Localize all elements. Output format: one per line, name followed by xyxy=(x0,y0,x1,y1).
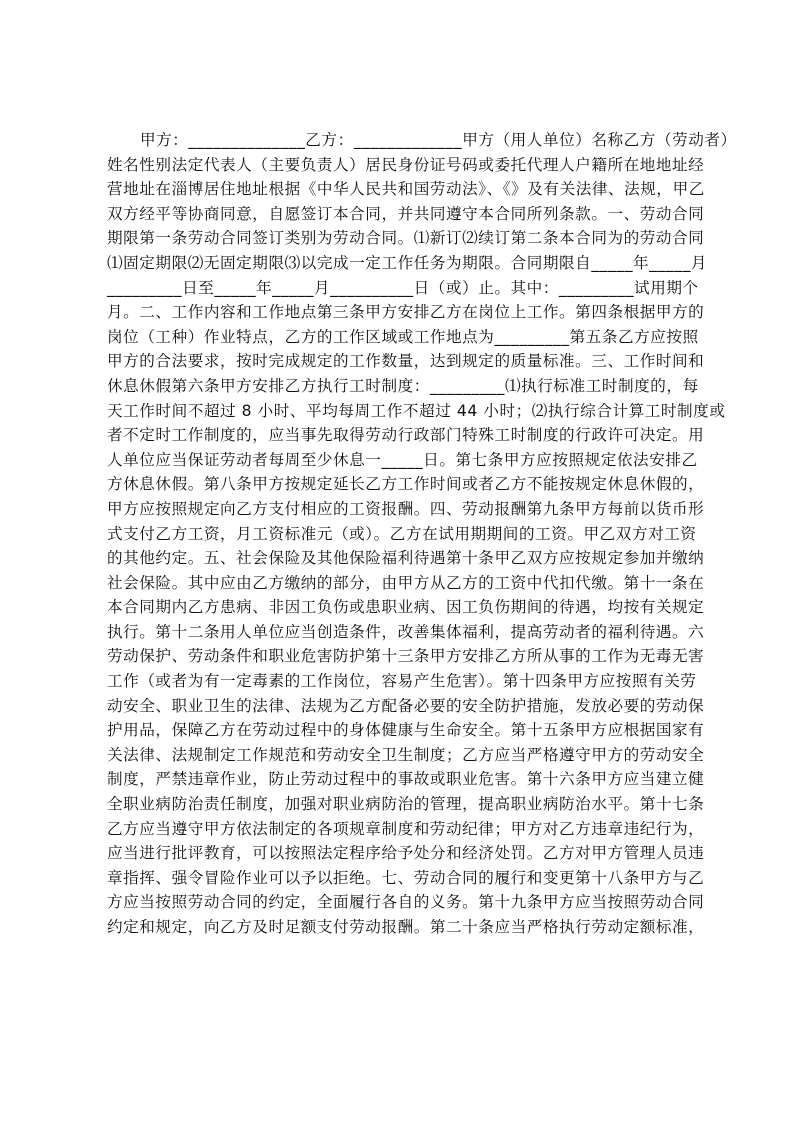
text-line: 姓名性别法定代表人（主要负责人）居民身份证号码或委托代理人户籍所在地地址经 xyxy=(107,153,707,178)
text-line: 乙方应当遵守甲方依法制定的各项规章制度和劳动纪律；甲方对乙方违章违纪行为， xyxy=(107,817,707,842)
text-line xyxy=(107,940,707,965)
text-line: _________日至_____年_____月__________日（或）止。其… xyxy=(107,276,707,301)
text-line: 全职业病防治责任制度，加强对职业病防治的管理，提高职业病防治水平。第十七条 xyxy=(107,792,707,817)
text-line: 甲方：______________乙方：_____________甲方（用人单位… xyxy=(107,128,707,153)
text-line: 应当进行批评教育，可以按照法定程序给予处分和经济处罚。乙方对甲方管理人员违 xyxy=(107,841,707,866)
text-line: 劳动保护、劳动条件和职业危害防护第十三条甲方安排乙方所从事的工作为无毒无害 xyxy=(107,644,707,669)
text-line: 方应当按照劳动合同的约定，全面履行各自的义务。第十九条甲方应当按照劳动合同 xyxy=(107,890,707,915)
document-page: 甲方：______________乙方：_____________甲方（用人单位… xyxy=(107,128,707,1013)
text-line: 方休息休假。第八条甲方按规定延长乙方工作时间或者乙方不能按规定休息休假的， xyxy=(107,472,707,497)
text-line: 社会保险。其中应由乙方缴纳的部分，由甲方从乙方的工资中代扣代缴。第十一条在 xyxy=(107,571,707,596)
text-line: 月。二、工作内容和工作地点第三条甲方安排乙方在岗位上工作。第四条根据甲方的 xyxy=(107,300,707,325)
text-line: 动安全、职业卫生的法律、法规为乙方配备必要的安全防护措施，发放必要的劳动保 xyxy=(107,694,707,719)
text-line: 者不定时工作制度的，应当事先取得劳动行政部门特殊工时制度的行政许可决定。用 xyxy=(107,423,707,448)
text-line xyxy=(107,989,707,1014)
text-line: 护用品，保障乙方在劳动过程中的身体健康与生命安全。第十五条甲方应根据国家有 xyxy=(107,718,707,743)
text-line: 章指挥、强令冒险作业可以予以拒绝。七、劳动合同的履行和变更第十八条甲方与乙 xyxy=(107,866,707,891)
text-line: 执行。第十二条用人单位应当创造条件，改善集体福利，提高劳动者的福利待遇。六 xyxy=(107,620,707,645)
text-line: ⑴固定期限⑵无固定期限⑶以完成一定工作任务为期限。合同期限自_____年____… xyxy=(107,251,707,276)
text-line: 双方经平等协商同意，自愿签订本合同，并共同遵守本合同所列条款。一、劳动合同 xyxy=(107,202,707,227)
text-line: 制度，严禁违章作业，防止劳动过程中的事故或职业危害。第十六条甲方应当建立健 xyxy=(107,767,707,792)
text-line: 约定和规定，向乙方及时足额支付劳动报酬。第二十条应当严格执行劳动定额标准， xyxy=(107,915,707,940)
text-line: 天工作时间不超过 8 小时、平均每周工作不超过 44 小时；⑵执行综合计算工时制… xyxy=(107,399,707,424)
text-line: 期限第一条劳动合同签订类别为劳动合同。⑴新订⑵续订第二条本合同为的劳动合同 xyxy=(107,226,707,251)
text-line: 休息休假第六条甲方安排乙方执行工时制度：_________⑴执行标准工时制度的，… xyxy=(107,374,707,399)
text-line: 人单位应当保证劳动者每周至少休息一_____日。第七条甲方应按照规定依法安排乙 xyxy=(107,448,707,473)
text-line: 岗位（工种）作业特点，乙方的工作区域或工作地点为_________第五条乙方应按… xyxy=(107,325,707,350)
text-line: 关法律、法规制定工作规范和劳动安全卫生制度；乙方应当严格遵守甲方的劳动安全 xyxy=(107,743,707,768)
text-line: 式支付乙方工资，月工资标准元（或）。乙方在试用期期间的工资。甲乙双方对工资 xyxy=(107,522,707,547)
text-line: 工作（或者为有一定毒素的工作岗位，容易产生危害）。第十四条甲方应按照有关劳 xyxy=(107,669,707,694)
text-line xyxy=(107,964,707,989)
text-line: 甲方的合法要求，按时完成规定的工作数量，达到规定的质量标准。三、工作时间和 xyxy=(107,349,707,374)
text-line: 的其他约定。五、社会保险及其他保险福利待遇第十条甲乙双方应按规定参加并缴纳 xyxy=(107,546,707,571)
text-line: 甲方应按照规定向乙方支付相应的工资报酬。四、劳动报酬第九条甲方每前以货币形 xyxy=(107,497,707,522)
text-line: 营地址在淄博居住地址根据《中华人民共和国劳动法》、《》及有关法律、法规，甲乙 xyxy=(107,177,707,202)
text-line: 本合同期内乙方患病、非因工负伤或患职业病、因工负伤期间的待遇，均按有关规定 xyxy=(107,595,707,620)
